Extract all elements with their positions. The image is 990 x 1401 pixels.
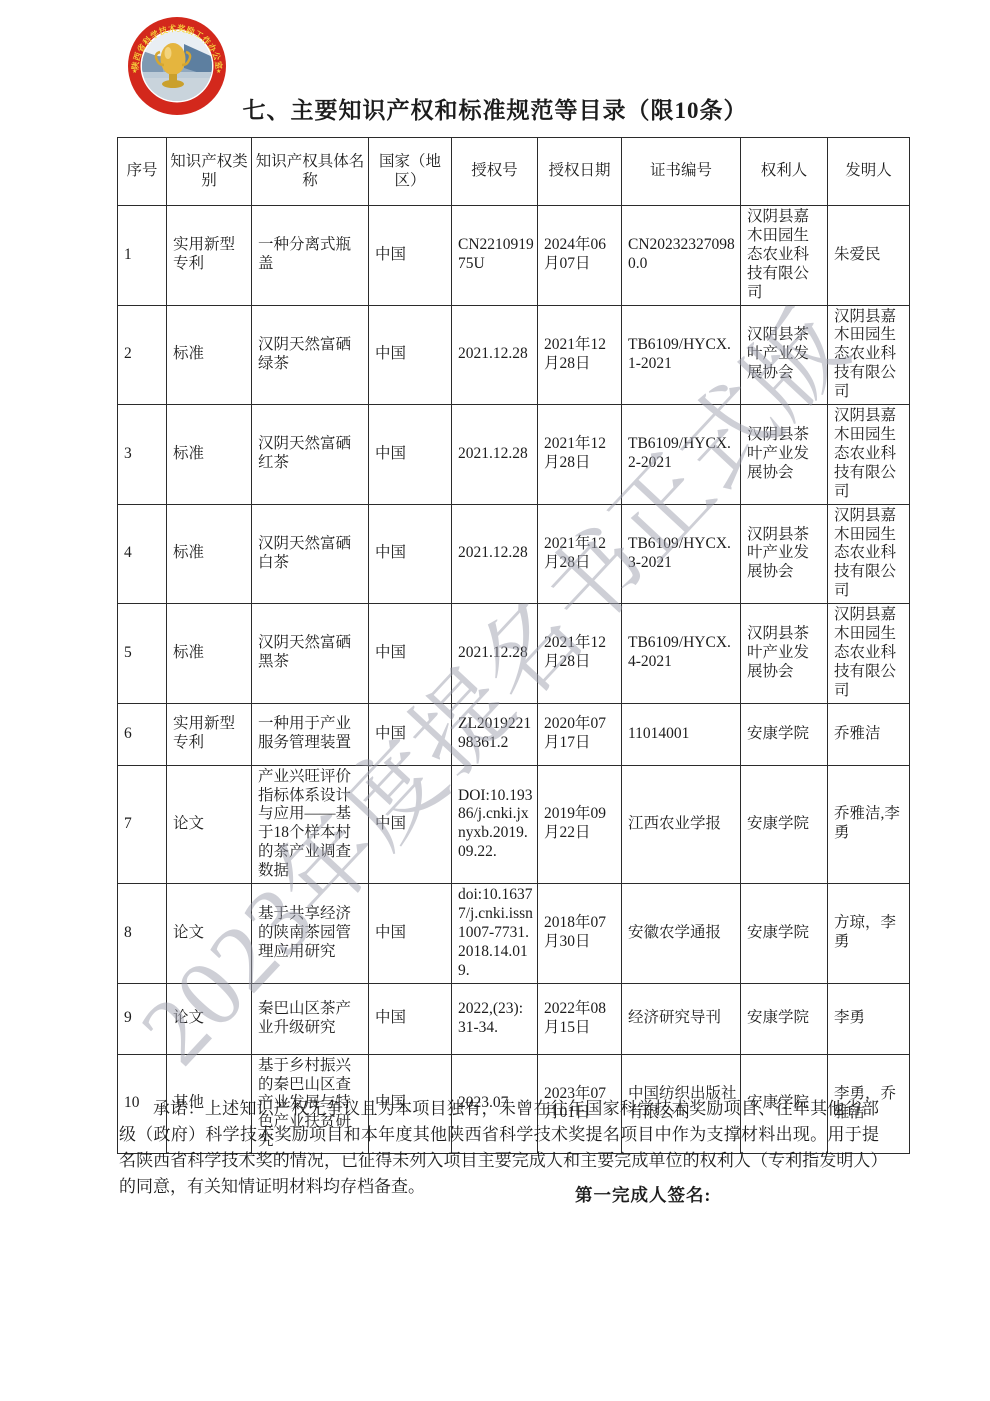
cell-r9-c7: 安康学院 xyxy=(741,983,828,1054)
cell-r3-c6: TB6109/HYCX.2-2021 xyxy=(622,405,741,505)
seal-star-left-icon: ★ xyxy=(132,68,137,75)
cell-r1-c5: 2024年06月07日 xyxy=(538,206,622,306)
cell-r7-c3: 中国 xyxy=(369,765,452,883)
cell-r4-c0: 4 xyxy=(118,504,167,604)
cell-r1-c6: CN202323270980.0 xyxy=(622,206,741,306)
cell-r2-c3: 中国 xyxy=(369,305,452,405)
cell-r8-c4: doi:10.16377/j.cnki.issn1007-7731.2018.1… xyxy=(452,884,538,984)
column-header-2: 知识产权具体名称 xyxy=(252,138,369,206)
cell-r3-c3: 中国 xyxy=(369,405,452,505)
cell-r1-c2: 一种分离式瓶盖 xyxy=(252,206,369,306)
cell-r9-c6: 经济研究导刊 xyxy=(622,983,741,1054)
cell-r4-c7: 汉阴县茶叶产业发展协会 xyxy=(741,504,828,604)
cell-r6-c7: 安康学院 xyxy=(741,703,828,765)
cell-r6-c5: 2020年07月17日 xyxy=(538,703,622,765)
column-header-4: 授权号 xyxy=(452,138,538,206)
cell-r4-c5: 2021年12月28日 xyxy=(538,504,622,604)
cell-r8-c2: 基于共享经济的陕南茶园管理应用研究 xyxy=(252,884,369,984)
signature-label: 第一完成人签名: xyxy=(575,1182,711,1207)
table-row: 1实用新型专利一种分离式瓶盖中国CN221091975U2024年06月07日C… xyxy=(118,206,910,306)
column-header-5: 授权日期 xyxy=(538,138,622,206)
cell-r5-c2: 汉阴天然富硒黑茶 xyxy=(252,604,369,704)
cell-r4-c4: 2021.12.28 xyxy=(452,504,538,604)
ip-table: 序号知识产权类别知识产权具体名称国家（地区）授权号授权日期证书编号权利人发明人 … xyxy=(117,137,910,1154)
cell-r2-c8: 汉阴县嘉木田园生态农业科技有限公司 xyxy=(828,305,910,405)
table-row: 4标准汉阴天然富硒白茶中国2021.12.282021年12月28日TB6109… xyxy=(118,504,910,604)
pledge-paragraph: 承诺：上述知识产权无争议且为本项目独有，未曾在往年国家科学技术奖励项目、往年其他… xyxy=(119,1096,879,1200)
cell-r2-c5: 2021年12月28日 xyxy=(538,305,622,405)
column-header-8: 发明人 xyxy=(828,138,910,206)
cell-r5-c3: 中国 xyxy=(369,604,452,704)
column-header-3: 国家（地区） xyxy=(369,138,452,206)
cell-r5-c5: 2021年12月28日 xyxy=(538,604,622,704)
cell-r3-c8: 汉阴县嘉木田园生态农业科技有限公司 xyxy=(828,405,910,505)
cell-r6-c2: 一种用于产业服务管理装置 xyxy=(252,703,369,765)
table-row: 7论文产业兴旺评价指标体系设计与应用——基于18个样本村的茶产业调查数据中国DO… xyxy=(118,765,910,883)
cell-r4-c1: 标准 xyxy=(167,504,252,604)
cell-r9-c0: 9 xyxy=(118,983,167,1054)
cell-r2-c1: 标准 xyxy=(167,305,252,405)
cell-r8-c3: 中国 xyxy=(369,884,452,984)
table-row: 8论文基于共享经济的陕南茶园管理应用研究中国doi:10.16377/j.cnk… xyxy=(118,884,910,984)
page-title: 七、主要知识产权和标准规范等目录（限10条） xyxy=(0,92,990,125)
cell-r6-c4: ZL201922198361.2 xyxy=(452,703,538,765)
cell-r7-c2: 产业兴旺评价指标体系设计与应用——基于18个样本村的茶产业调查数据 xyxy=(252,765,369,883)
cell-r7-c6: 江西农业学报 xyxy=(622,765,741,883)
cell-r9-c1: 论文 xyxy=(167,983,252,1054)
cell-r1-c8: 朱爱民 xyxy=(828,206,910,306)
cell-r9-c5: 2022年08月15日 xyxy=(538,983,622,1054)
cell-r7-c4: DOI:10.19386/j.cnki.jxnyxb.2019.09.22. xyxy=(452,765,538,883)
cell-r3-c2: 汉阴天然富硒红茶 xyxy=(252,405,369,505)
table-row: 6实用新型专利一种用于产业服务管理装置中国ZL201922198361.2202… xyxy=(118,703,910,765)
cell-r5-c4: 2021.12.28 xyxy=(452,604,538,704)
document-page: 陕西省科学技术奖励工作办公室 ★ ★ 七、主要知识产权和标准规范等目录（限10条… xyxy=(0,0,990,1401)
cell-r3-c7: 汉阴县茶叶产业发展协会 xyxy=(741,405,828,505)
cell-r7-c1: 论文 xyxy=(167,765,252,883)
cell-r3-c1: 标准 xyxy=(167,405,252,505)
cell-r3-c4: 2021.12.28 xyxy=(452,405,538,505)
column-header-1: 知识产权类别 xyxy=(167,138,252,206)
cell-r7-c5: 2019年09月22日 xyxy=(538,765,622,883)
cell-r5-c8: 汉阴县嘉木田园生态农业科技有限公司 xyxy=(828,604,910,704)
cell-r5-c6: TB6109/HYCX.4-2021 xyxy=(622,604,741,704)
cell-r7-c0: 7 xyxy=(118,765,167,883)
cell-r9-c4: 2022,(23): 31-34. xyxy=(452,983,538,1054)
cell-r6-c3: 中国 xyxy=(369,703,452,765)
cell-r8-c0: 8 xyxy=(118,884,167,984)
table-header-row: 序号知识产权类别知识产权具体名称国家（地区）授权号授权日期证书编号权利人发明人 xyxy=(118,138,910,206)
cell-r6-c1: 实用新型专利 xyxy=(167,703,252,765)
cell-r2-c4: 2021.12.28 xyxy=(452,305,538,405)
cell-r7-c7: 安康学院 xyxy=(741,765,828,883)
cell-r4-c6: TB6109/HYCX.3-2021 xyxy=(622,504,741,604)
cell-r8-c5: 2018年07月30日 xyxy=(538,884,622,984)
cell-r9-c8: 李勇 xyxy=(828,983,910,1054)
table-row: 5标准汉阴天然富硒黑茶中国2021.12.282021年12月28日TB6109… xyxy=(118,604,910,704)
cell-r6-c0: 6 xyxy=(118,703,167,765)
cell-r9-c3: 中国 xyxy=(369,983,452,1054)
cell-r3-c0: 3 xyxy=(118,405,167,505)
cell-r6-c8: 乔雅洁 xyxy=(828,703,910,765)
cell-r8-c6: 安徽农学通报 xyxy=(622,884,741,984)
column-header-0: 序号 xyxy=(118,138,167,206)
cell-r2-c2: 汉阴天然富硒绿茶 xyxy=(252,305,369,405)
cell-r4-c2: 汉阴天然富硒白茶 xyxy=(252,504,369,604)
cell-r9-c2: 秦巴山区茶产业升级研究 xyxy=(252,983,369,1054)
cell-r8-c7: 安康学院 xyxy=(741,884,828,984)
cell-r8-c8: 方琼，李勇 xyxy=(828,884,910,984)
cell-r1-c1: 实用新型专利 xyxy=(167,206,252,306)
cell-r3-c5: 2021年12月28日 xyxy=(538,405,622,505)
column-header-6: 证书编号 xyxy=(622,138,741,206)
cell-r2-c0: 2 xyxy=(118,305,167,405)
cell-r5-c7: 汉阴县茶叶产业发展协会 xyxy=(741,604,828,704)
cell-r1-c3: 中国 xyxy=(369,206,452,306)
cell-r5-c0: 5 xyxy=(118,604,167,704)
cell-r1-c4: CN221091975U xyxy=(452,206,538,306)
cell-r5-c1: 标准 xyxy=(167,604,252,704)
table-row: 2标准汉阴天然富硒绿茶中国2021.12.282021年12月28日TB6109… xyxy=(118,305,910,405)
table-row: 9论文秦巴山区茶产业升级研究中国2022,(23): 31-34.2022年08… xyxy=(118,983,910,1054)
table-row: 3标准汉阴天然富硒红茶中国2021.12.282021年12月28日TB6109… xyxy=(118,405,910,505)
ip-table-wrapper: 序号知识产权类别知识产权具体名称国家（地区）授权号授权日期证书编号权利人发明人 … xyxy=(117,137,910,1154)
cell-r4-c3: 中国 xyxy=(369,504,452,604)
cell-r4-c8: 汉阴县嘉木田园生态农业科技有限公司 xyxy=(828,504,910,604)
seal-star-right-icon: ★ xyxy=(216,68,221,75)
cell-r7-c8: 乔雅洁,李勇 xyxy=(828,765,910,883)
cell-r1-c7: 汉阴县嘉木田园生态农业科技有限公司 xyxy=(741,206,828,306)
cell-r2-c6: TB6109/HYCX.1-2021 xyxy=(622,305,741,405)
cell-r1-c0: 1 xyxy=(118,206,167,306)
cell-r8-c1: 论文 xyxy=(167,884,252,984)
cell-r6-c6: 11014001 xyxy=(622,703,741,765)
column-header-7: 权利人 xyxy=(741,138,828,206)
cell-r2-c7: 汉阴县茶叶产业发展协会 xyxy=(741,305,828,405)
